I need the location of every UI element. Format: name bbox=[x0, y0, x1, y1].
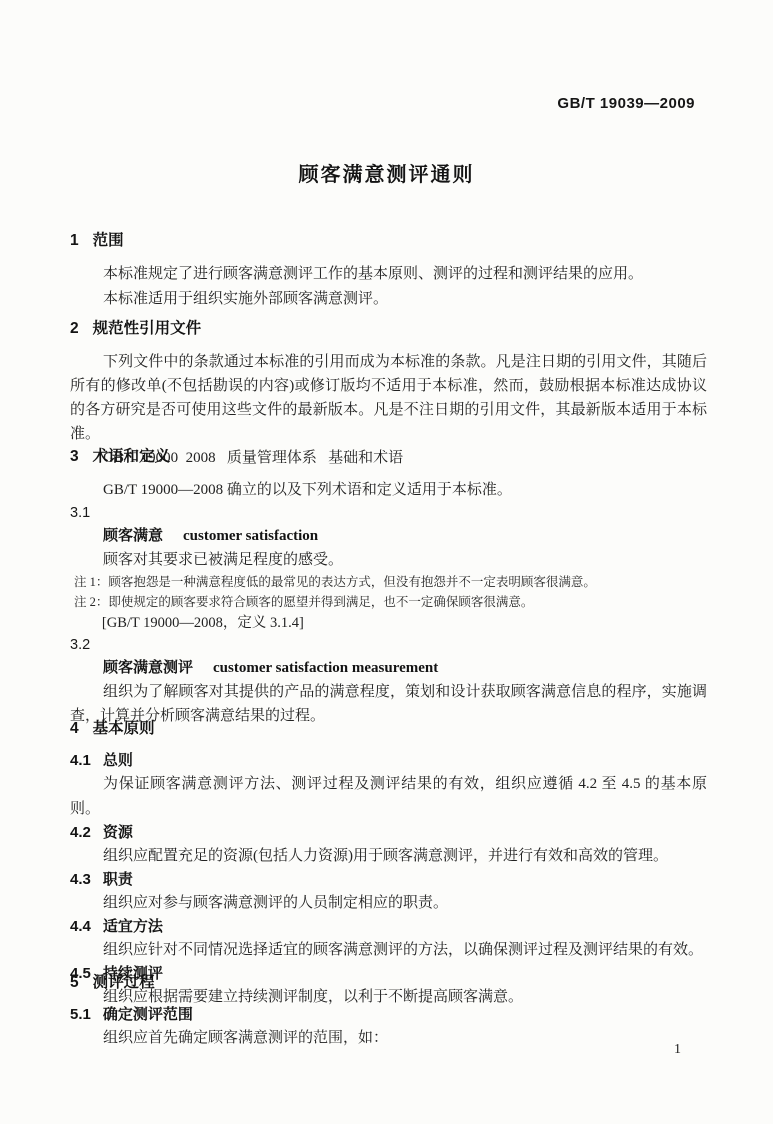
term-en: customer satisfaction measurement bbox=[213, 660, 438, 676]
note: 注 1：顾客抱怨是一种满意程度低的最常见的表达方式，但没有抱怨并不一定表明顾客很… bbox=[70, 572, 707, 592]
term-zh: 顾客满意 bbox=[103, 527, 163, 544]
section-number: 5 bbox=[70, 974, 79, 991]
paragraph: 为保证顾客满意测评方法、测评过程及测评结果的有效，组织应遵循 4.2 至 4.5… bbox=[70, 772, 707, 822]
term-definition: 顾客对其要求已被满足程度的感受。 bbox=[70, 548, 707, 572]
document-page: GB/T 19039—2009 顾客满意测评通则 1范围 本标准规定了进行顾客满… bbox=[0, 0, 773, 1124]
paragraph: 下列文件中的条款通过本标准的引用而成为本标准的条款。凡是注日期的引用文件，其随后… bbox=[70, 350, 707, 446]
subsection-heading: 5.1确定测评范围 bbox=[70, 1004, 707, 1026]
section-title: 规范性引用文件 bbox=[93, 320, 202, 337]
subsection-title: 总则 bbox=[103, 752, 133, 769]
section-number: 1 bbox=[70, 232, 79, 249]
section-scope: 1范围 本标准规定了进行顾客满意测评工作的基本原则、测评的过程和测评结果的应用。… bbox=[70, 230, 707, 312]
subsection-title: 资源 bbox=[103, 824, 133, 841]
section-heading: 4基本原则 bbox=[70, 718, 707, 740]
paragraph: 本标准规定了进行顾客满意测评工作的基本原则、测评的过程和测评结果的应用。 bbox=[70, 262, 707, 287]
subsection-number: 5.1 bbox=[70, 1006, 91, 1023]
subsection-title: 确定测评范围 bbox=[103, 1006, 193, 1023]
subsection-number: 4.4 bbox=[70, 918, 91, 935]
document-title: 顾客满意测评通则 bbox=[0, 158, 773, 187]
page-number: 1 bbox=[674, 1042, 681, 1058]
section-evaluation-process: 5测评过程 5.1确定测评范围 组织应首先确定顾客满意测评的范围，如： bbox=[70, 972, 707, 1050]
term-zh: 顾客满意测评 bbox=[103, 659, 193, 676]
section-heading: 2规范性引用文件 bbox=[70, 318, 707, 340]
source-reference: [GB/T 19000—2008，定义 3.1.4] bbox=[70, 612, 707, 634]
section-title: 范围 bbox=[93, 232, 124, 249]
standard-code: GB/T 19039—2009 bbox=[557, 95, 695, 112]
term-entry: 顾客满意测评customer satisfaction measurement bbox=[70, 656, 707, 680]
paragraph: 组织应配置充足的资源(包括人力资源)用于顾客满意测评，并进行有效和高效的管理。 bbox=[70, 844, 707, 869]
paragraph: 组织应针对不同情况选择适宜的顾客满意测评的方法，以确保测评过程及测评结果的有效。 bbox=[70, 938, 707, 963]
subsection-heading: 4.4适宜方法 bbox=[70, 916, 707, 938]
clause-number: 3.1 bbox=[70, 502, 707, 524]
section-heading: 1范围 bbox=[70, 230, 707, 252]
section-basic-principles: 4基本原则 4.1总则 为保证顾客满意测评方法、测评过程及测评结果的有效，组织应… bbox=[70, 718, 707, 1010]
subsection-title: 适宜方法 bbox=[103, 918, 163, 935]
term-en: customer satisfaction bbox=[183, 528, 318, 544]
section-heading: 3术语和定义 bbox=[70, 446, 707, 468]
subsection-number: 4.2 bbox=[70, 824, 91, 841]
subsection-number: 4.1 bbox=[70, 752, 91, 769]
section-heading: 5测评过程 bbox=[70, 972, 707, 994]
paragraph: GB/T 19000—2008 确立的以及下列术语和定义适用于本标准。 bbox=[70, 478, 707, 502]
section-title: 测评过程 bbox=[93, 974, 155, 991]
subsection-title: 职责 bbox=[103, 871, 133, 888]
subsection-number: 4.3 bbox=[70, 871, 91, 888]
section-number: 3 bbox=[70, 448, 79, 465]
term-entry: 顾客满意customer satisfaction bbox=[70, 524, 707, 548]
section-title: 术语和定义 bbox=[93, 448, 171, 465]
section-title: 基本原则 bbox=[93, 720, 155, 737]
section-number: 2 bbox=[70, 320, 79, 337]
section-number: 4 bbox=[70, 720, 79, 737]
paragraph: 组织应首先确定顾客满意测评的范围，如： bbox=[70, 1026, 707, 1050]
subsection-heading: 4.1总则 bbox=[70, 750, 707, 772]
paragraph: 本标准适用于组织实施外部顾客满意测评。 bbox=[70, 287, 707, 312]
clause-number: 3.2 bbox=[70, 634, 707, 656]
section-terms-definitions: 3术语和定义 GB/T 19000—2008 确立的以及下列术语和定义适用于本标… bbox=[70, 446, 707, 728]
subsection-heading: 4.3职责 bbox=[70, 869, 707, 891]
note: 注 2：即使规定的顾客要求符合顾客的愿望并得到满足，也不一定确保顾客很满意。 bbox=[70, 592, 707, 612]
subsection-heading: 4.2资源 bbox=[70, 822, 707, 844]
paragraph: 组织应对参与顾客满意测评的人员制定相应的职责。 bbox=[70, 891, 707, 916]
